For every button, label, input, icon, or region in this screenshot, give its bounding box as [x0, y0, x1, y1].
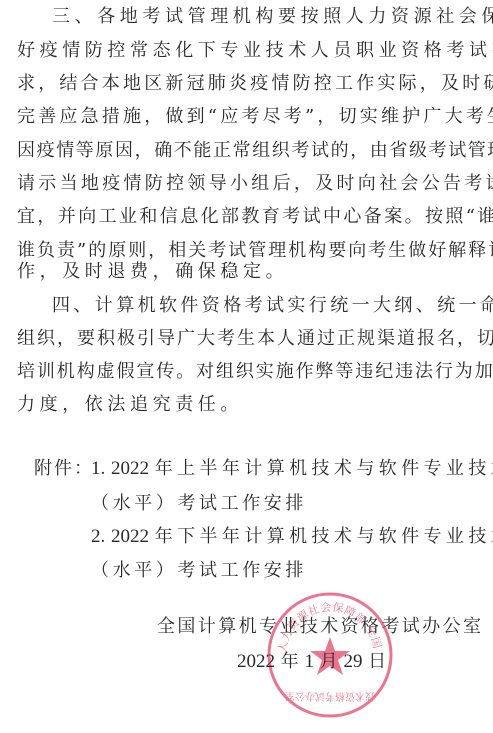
paragraph-line: 力度，依法追究责任。	[17, 394, 243, 416]
issue-date: 2022 年 1 月 29 日	[237, 651, 386, 673]
paragraph-line: 因疫情等原因，确不能正常组织考试的，由省级考试管理机构	[17, 140, 493, 162]
attachment-title: 年上半年计算机技术与软件专业技术资格	[155, 458, 493, 479]
paragraph-line: 作，及时退费，确保稳定。	[17, 261, 288, 283]
attachment-item-1-line-2: （水平）考试工作安排	[91, 493, 307, 515]
paragraph-line: 三、各地考试管理机构要按照人力资源社会保障部关于做	[52, 6, 493, 28]
attachment-item-2: 2. 2022 年下半年计算机技术与软件专业技术资格	[91, 526, 493, 548]
attachment-number: 2.	[91, 526, 105, 547]
paragraph-line: 完善应急措施，做到“应考尽考”，切实维护广大考生利益。	[17, 106, 493, 128]
date-day-unit: 日	[368, 651, 386, 672]
attachments-label: 附件：	[34, 458, 94, 480]
attachment-number: 1.	[91, 458, 105, 479]
paragraph-line: 请示当地疫情防控领导小组后，及时向社会公告考试变更事	[17, 173, 493, 195]
paragraph-line: 培训机构虚假宣传。对组织实施作弊等违纪违法行为加大惩处	[17, 361, 493, 383]
date-month: 1	[304, 651, 314, 672]
paragraph-line: 好疫情防控常态化下专业技术人员职业资格考试有关工作要	[17, 40, 493, 62]
date-day: 29	[343, 651, 362, 672]
attachment-title: 年下半年计算机技术与软件专业技术资格	[155, 526, 493, 547]
paragraph-line: 四、计算机软件资格考试实行统一大纲、统一命题、统一	[52, 295, 493, 317]
date-year: 2022	[237, 651, 275, 672]
paragraph-line: 宜，并向工业和信息化部教育考试中心备案。按照“谁公告，	[17, 206, 493, 228]
issuer-name: 全国计算机专业技术资格考试办公室	[157, 616, 483, 638]
paragraph-line: 谁负责”的原则，相关考试管理机构要向考生做好解释说明工	[17, 240, 493, 262]
attachment-item-2-line-2: （水平）考试工作安排	[91, 560, 307, 582]
date-year-unit: 年	[281, 651, 299, 672]
date-month-unit: 月	[320, 651, 338, 672]
attachment-item-1: 1. 2022 年上半年计算机技术与软件专业技术资格	[91, 458, 493, 480]
paragraph-line: 组织，要积极引导广大考生本人通过正规渠道报名，切勿轻信	[17, 328, 493, 350]
attachment-year: 2022	[111, 526, 149, 547]
svg-text:技术资格考试办公室: 技术资格考试办公室	[285, 690, 375, 703]
attachment-year: 2022	[111, 458, 149, 479]
paragraph-line: 求，结合本地区新冠肺炎疫情防控工作实际，及时研判情况，	[17, 73, 493, 95]
